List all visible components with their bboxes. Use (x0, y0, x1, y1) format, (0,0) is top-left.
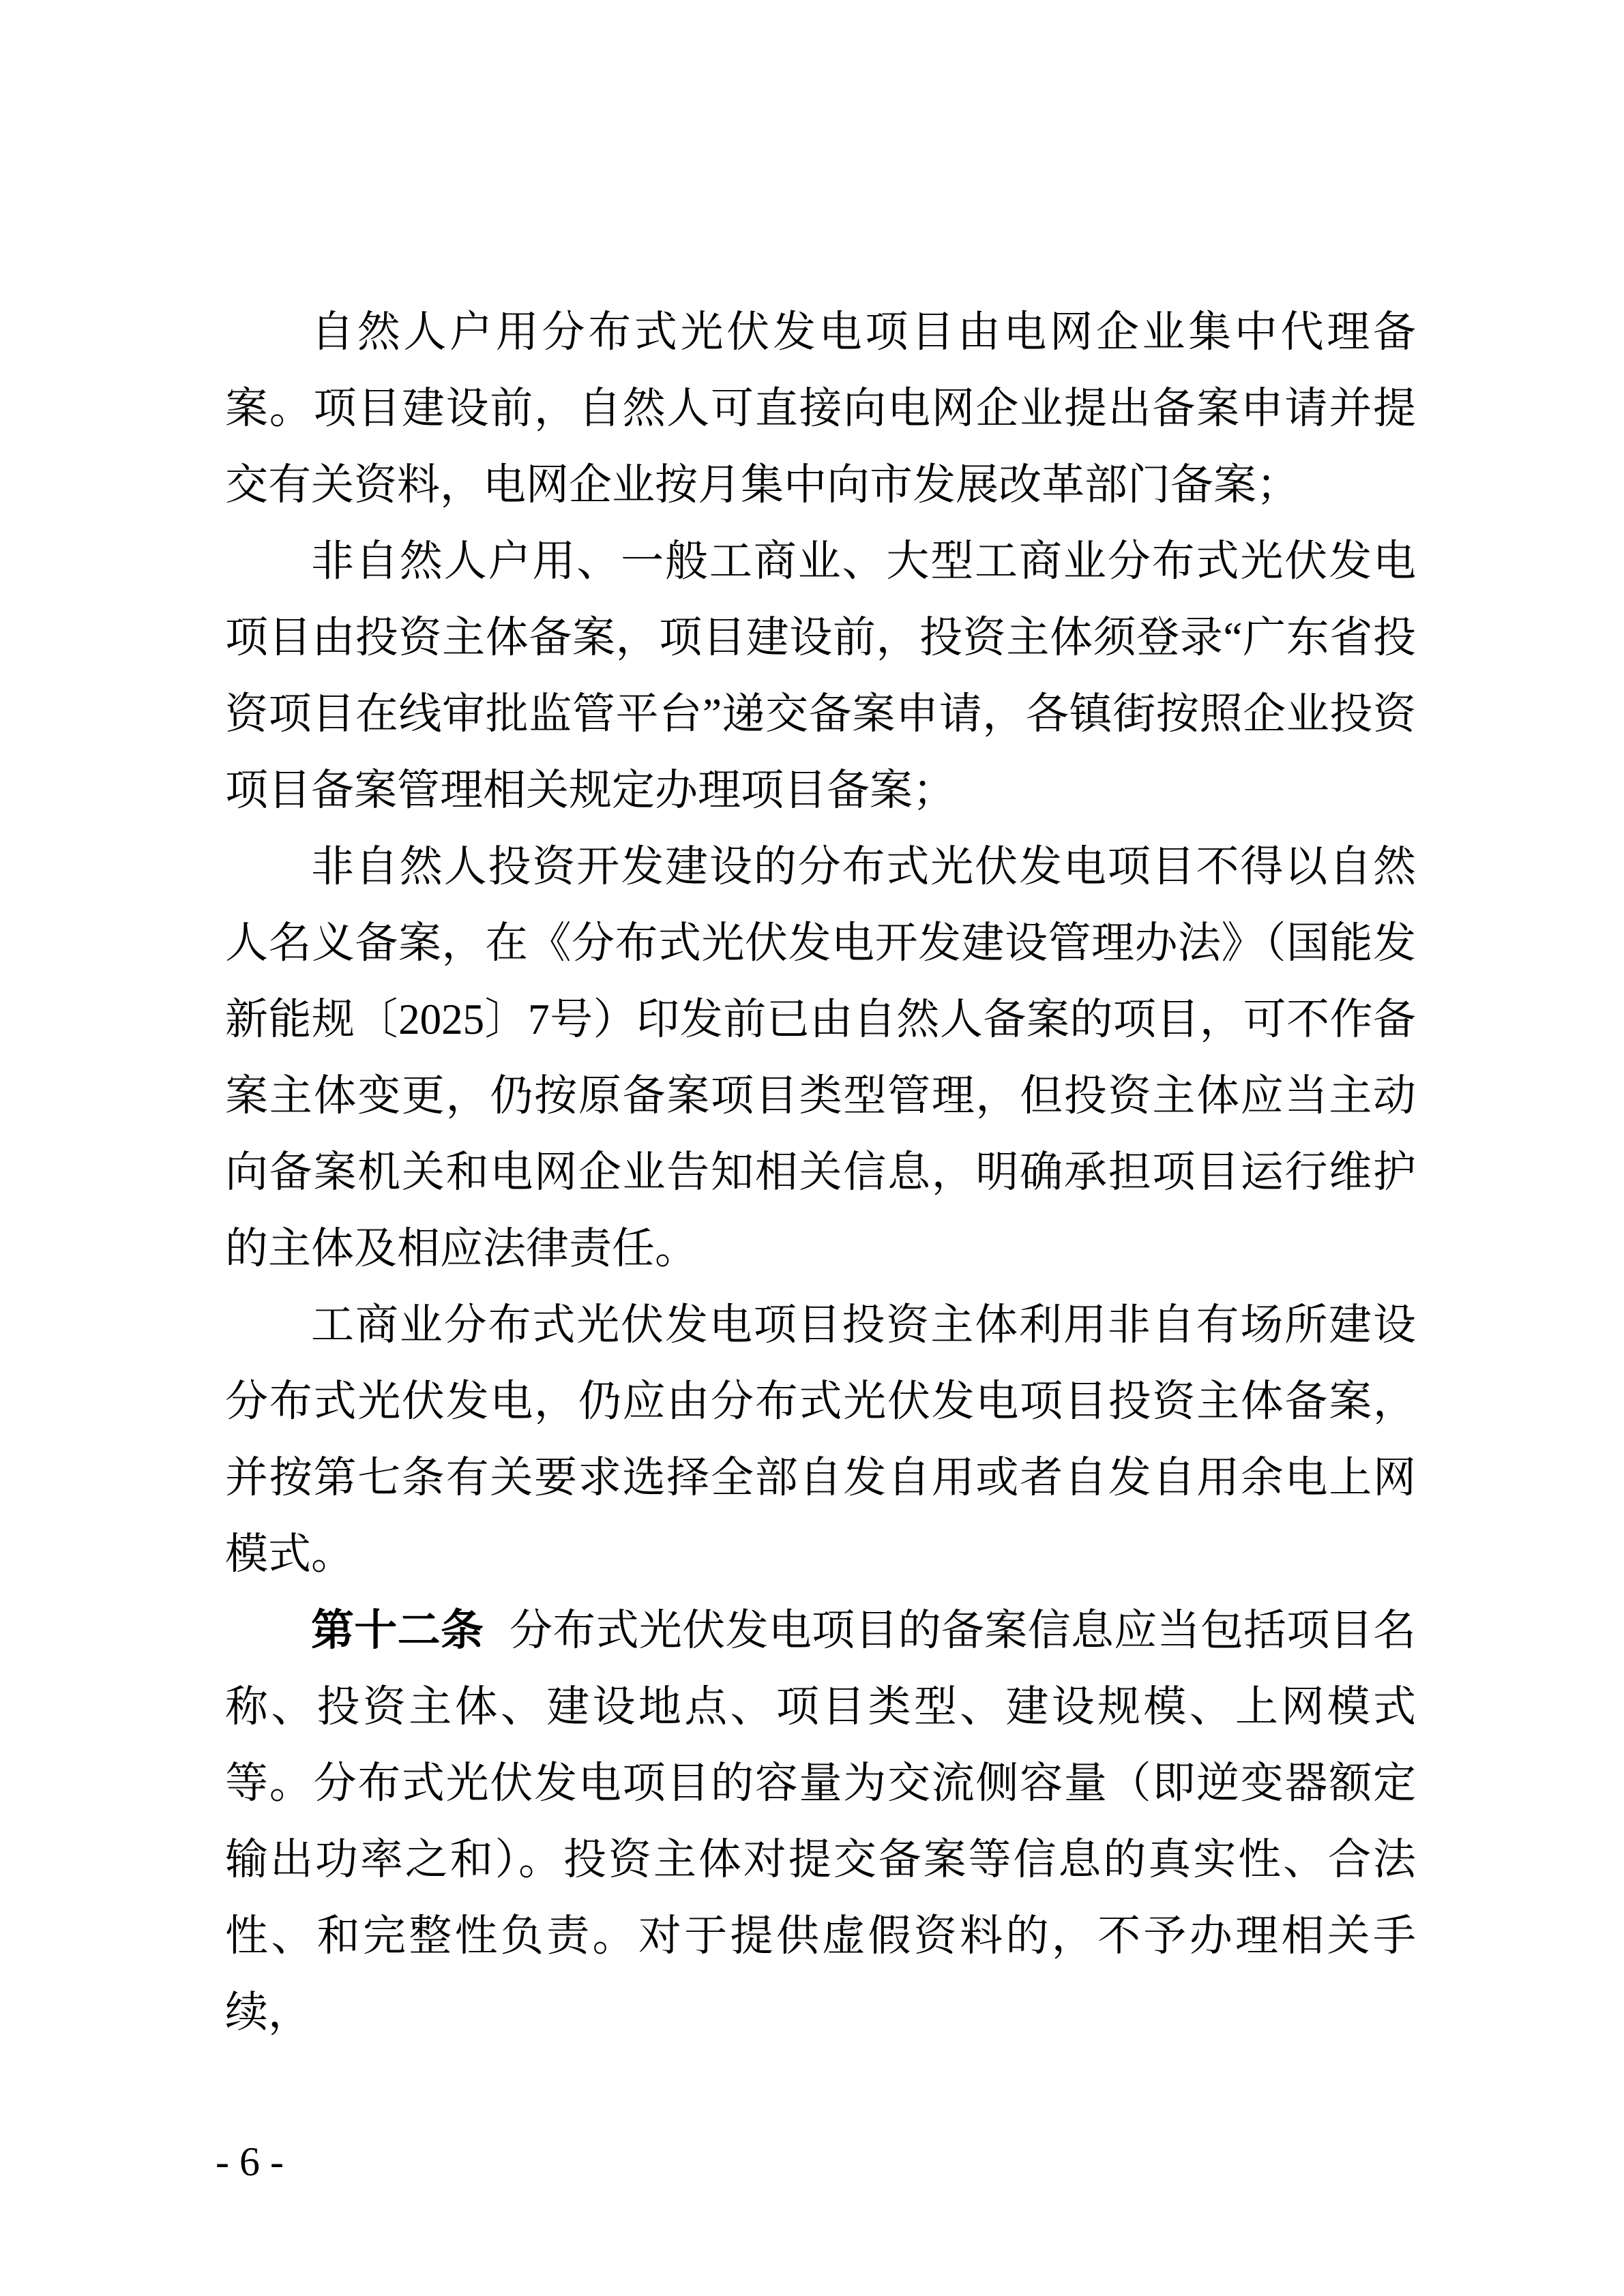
paragraph-text: 非自然人投资开发建设的分布式光伏发电项目不得以自然人名义备案，在《分布式光伏发电… (225, 843, 1416, 1272)
paragraph-text: 分布式光伏发电项目的备案信息应当包括项目名称、投资主体、建设地点、项目类型、建设… (225, 1607, 1416, 2036)
paragraph-commercial-non-owned-site: 工商业分布式光伏发电项目投资主体利用非自有场所建设分布式光伏发电，仍应由分布式光… (225, 1287, 1416, 1592)
paragraph-text: 非自然人户用、一般工商业、大型工商业分布式光伏发电项目由投资主体备案，项目建设前… (225, 537, 1416, 814)
paragraph-article-12: 第十二条分布式光伏发电项目的备案信息应当包括项目名称、投资主体、建设地点、项目类… (225, 1592, 1416, 2051)
document-page: 自然人户用分布式光伏发电项目由电网企业集中代理备案。项目建设前，自然人可直接向电… (0, 0, 1624, 2296)
paragraph-filing-name-restriction: 非自然人投资开发建设的分布式光伏发电项目不得以自然人名义备案，在《分布式光伏发电… (225, 829, 1416, 1287)
document-body: 自然人户用分布式光伏发电项目由电网企业集中代理备案。项目建设前，自然人可直接向电… (225, 294, 1416, 2051)
paragraph-natural-person-filing: 自然人户用分布式光伏发电项目由电网企业集中代理备案。项目建设前，自然人可直接向电… (225, 294, 1416, 523)
page-number: - 6 - (216, 2140, 284, 2183)
paragraph-non-natural-person-filing: 非自然人户用、一般工商业、大型工商业分布式光伏发电项目由投资主体备案，项目建设前… (225, 523, 1416, 829)
paragraph-text: 自然人户用分布式光伏发电项目由电网企业集中代理备案。项目建设前，自然人可直接向电… (225, 308, 1416, 509)
paragraph-text: 工商业分布式光伏发电项目投资主体利用非自有场所建设分布式光伏发电，仍应由分布式光… (225, 1301, 1416, 1578)
article-number-heading: 第十二条 (311, 1607, 484, 1654)
